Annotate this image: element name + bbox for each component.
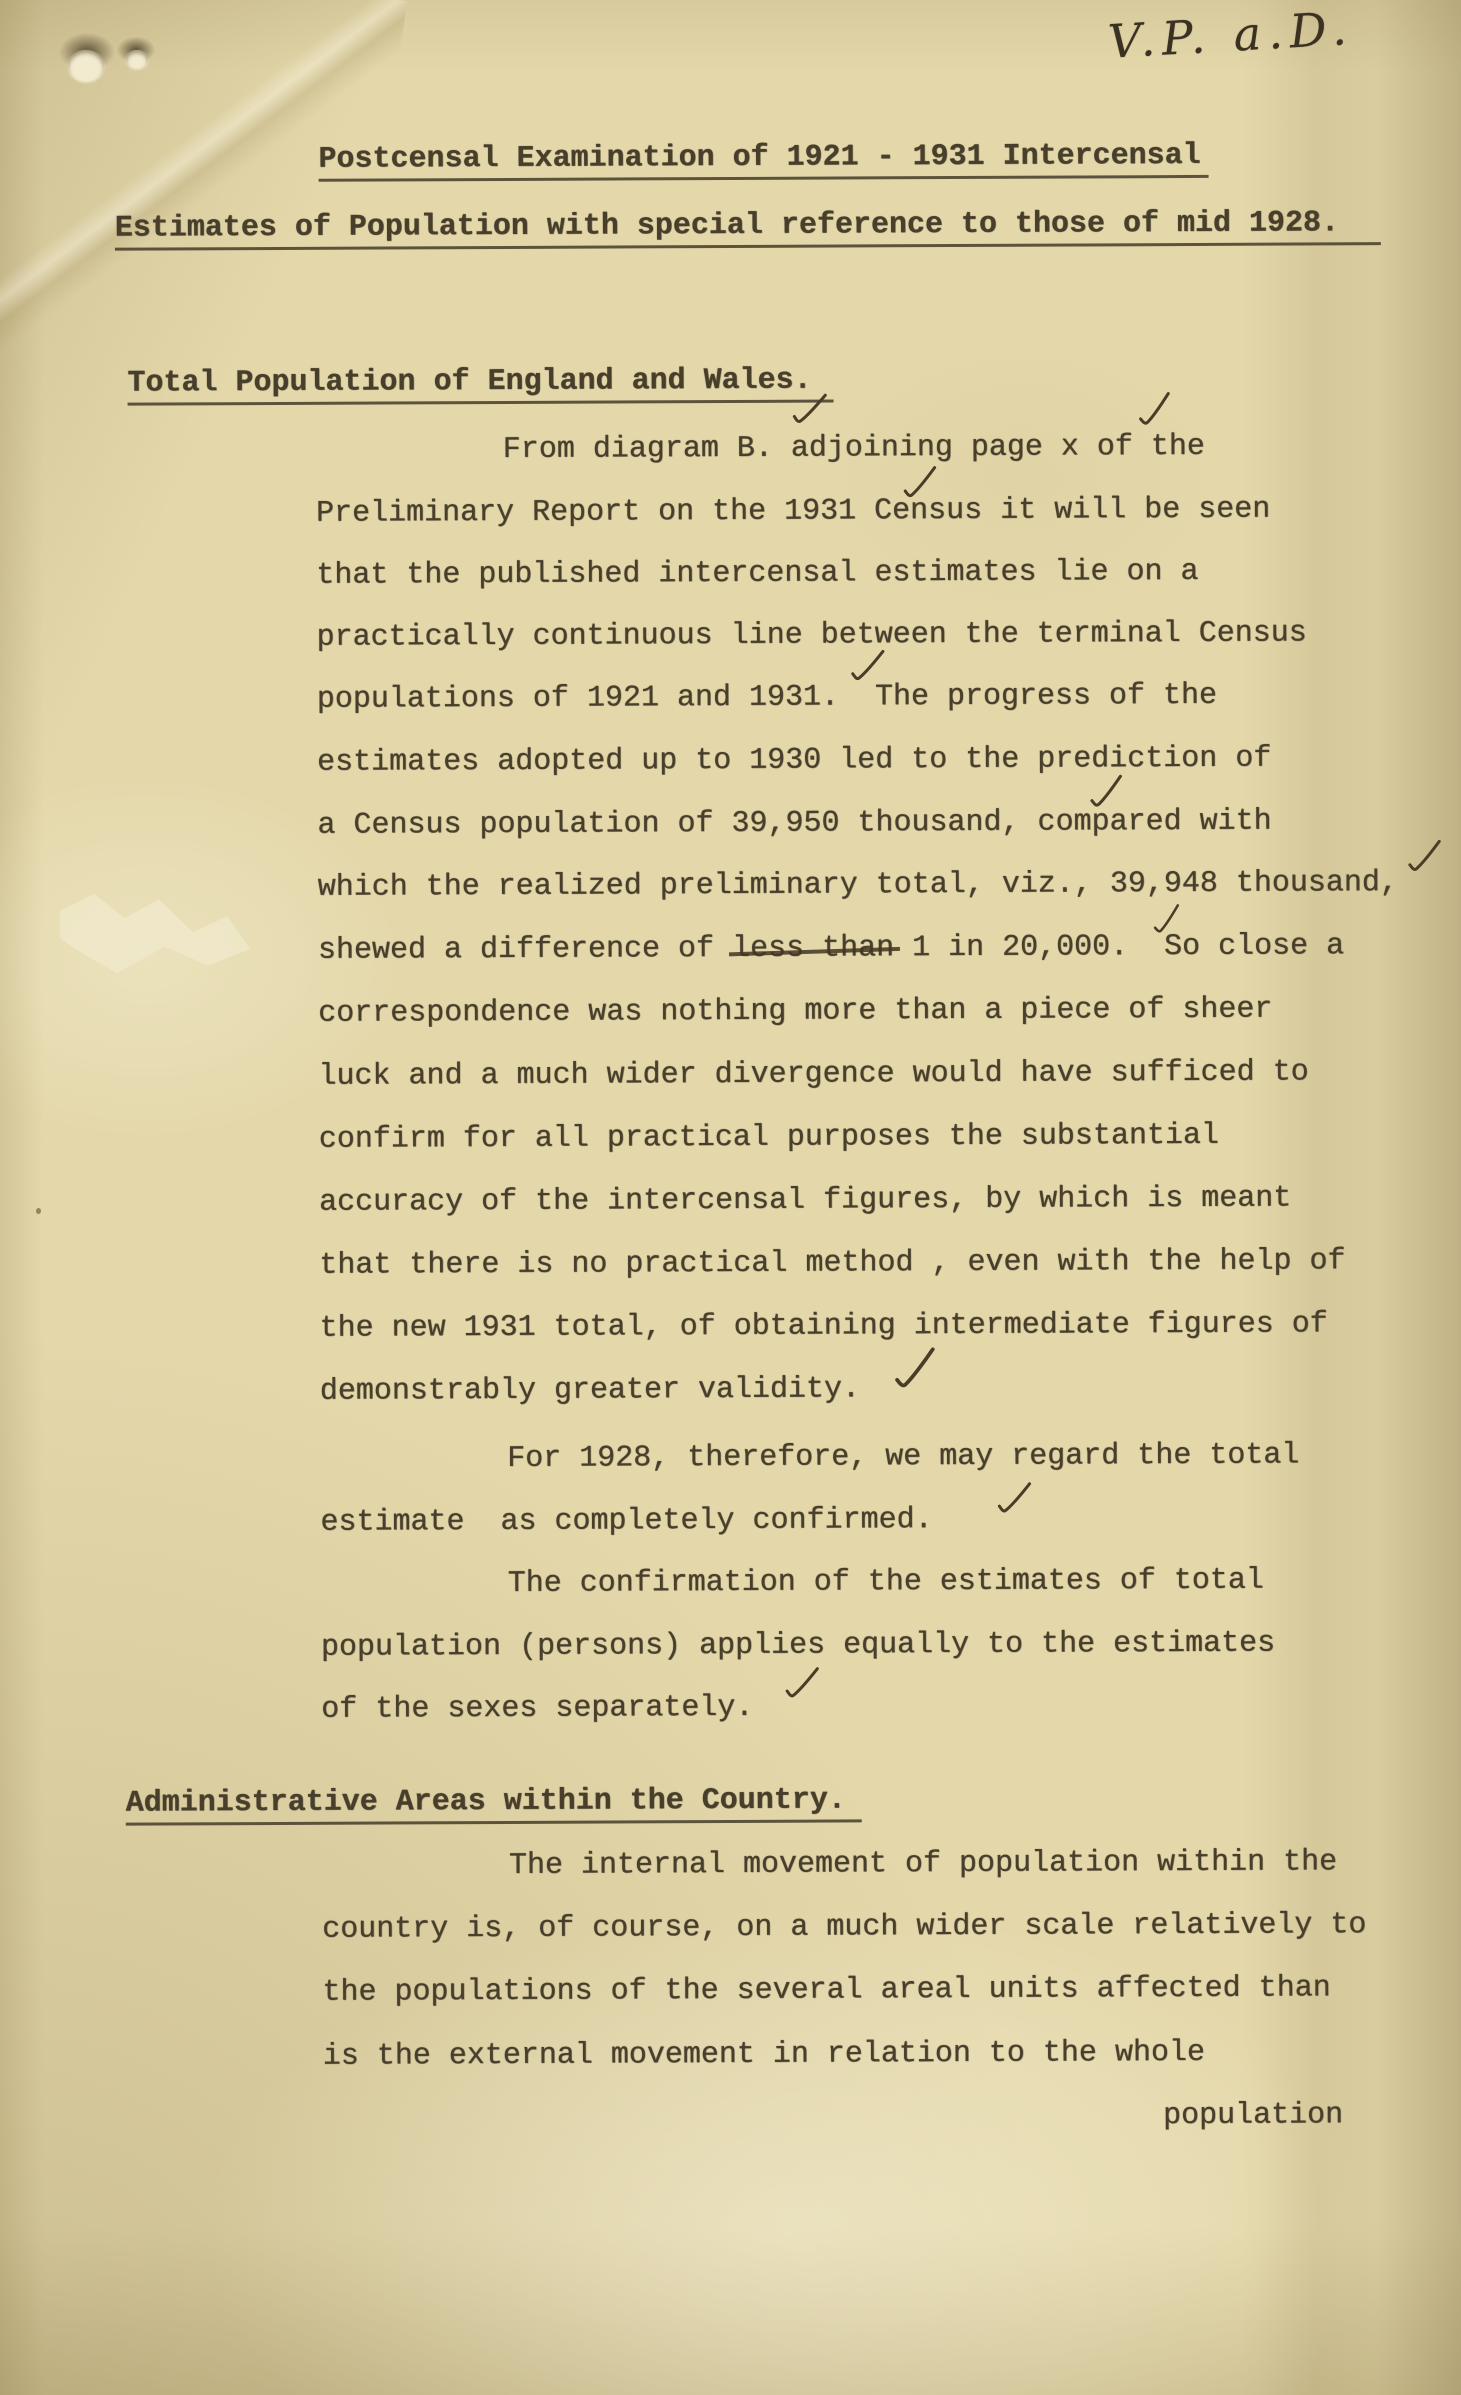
body-text: shewed a difference of (318, 932, 732, 968)
body-line: The confirmation of the estimates of tot… (508, 1563, 1264, 1602)
body-line: demonstrably greater validity. (320, 1371, 860, 1409)
catchword: population (1163, 2097, 1343, 2134)
section-heading-text: Total Population of England and Wales. (127, 364, 833, 406)
checkmark-icon (890, 1339, 937, 1396)
title-text: Postcensal Examination of 1921 - 1931 In… (318, 139, 1208, 182)
body-line: a Census population of 39,950 thousand, … (317, 804, 1271, 844)
body-line: The internal movement of population with… (509, 1844, 1337, 1884)
checkmark-icon (1404, 833, 1443, 880)
body-line: of the sexes separately. (321, 1690, 753, 1728)
body-line: estimate as completely confirmed. (320, 1502, 932, 1541)
section-heading-text: Administrative Areas within the Country. (126, 1783, 862, 1825)
body-line: that there is no practical method , even… (319, 1243, 1345, 1283)
body-line: accuracy of the intercensal figures, by … (319, 1181, 1291, 1221)
body-line: which the realized preliminary total, vi… (318, 865, 1398, 906)
section-heading: Administrative Areas within the Country. (126, 1782, 862, 1821)
body-line: estimates adopted up to 1930 led to the … (317, 741, 1271, 781)
body-line: populations of 1921 and 1931. The progre… (317, 678, 1217, 718)
body-line: country is, of course, on a much wider s… (322, 1907, 1366, 1948)
body-line: the new 1931 total, of obtaining interme… (320, 1306, 1328, 1346)
scanned-typescript-page: V.P. a.D. Postcensal Examination of 1921… (0, 0, 1461, 2395)
page-content: V.P. a.D. Postcensal Examination of 1921… (0, 0, 1461, 2395)
body-line: correspondence was nothing more than a p… (318, 992, 1272, 1032)
handwritten-initials: V.P. a.D. (1107, 1, 1355, 69)
checkmark-icon (1151, 900, 1180, 937)
checkmark-icon (993, 1474, 1033, 1522)
body-line: luck and a much wider divergence would h… (318, 1054, 1308, 1094)
body-line: Preliminary Report on the 1931 Census it… (316, 492, 1270, 532)
checkmark-icon (781, 1659, 821, 1707)
checkmark-icon (1136, 387, 1172, 432)
body-line-with-strikeout: shewed a difference of less than 1 in 20… (318, 928, 1344, 968)
body-line: practically continuous line between the … (317, 615, 1307, 655)
checkmark-icon (1087, 768, 1124, 814)
body-line: From diagram B. adjoining page x of the (503, 429, 1205, 468)
body-line: the populations of the several areal uni… (322, 1970, 1330, 2010)
document-title-line1: Postcensal Examination of 1921 - 1931 In… (318, 138, 1208, 178)
body-line: confirm for all practical purposes the s… (319, 1118, 1219, 1158)
body-line: is the external movement in relation to … (323, 2035, 1205, 2075)
body-line: that the published intercensal estimates… (316, 554, 1198, 594)
section-heading: Total Population of England and Wales. (127, 363, 833, 402)
body-text: 1 in 20,000. So close a (894, 929, 1344, 965)
body-line: For 1928, therefore, we may regard the t… (507, 1438, 1299, 1477)
struck-text: less than (732, 930, 894, 967)
document-title-line2: Estimates of Population with special ref… (115, 205, 1381, 247)
title-text: Estimates of Population with special ref… (115, 206, 1381, 251)
